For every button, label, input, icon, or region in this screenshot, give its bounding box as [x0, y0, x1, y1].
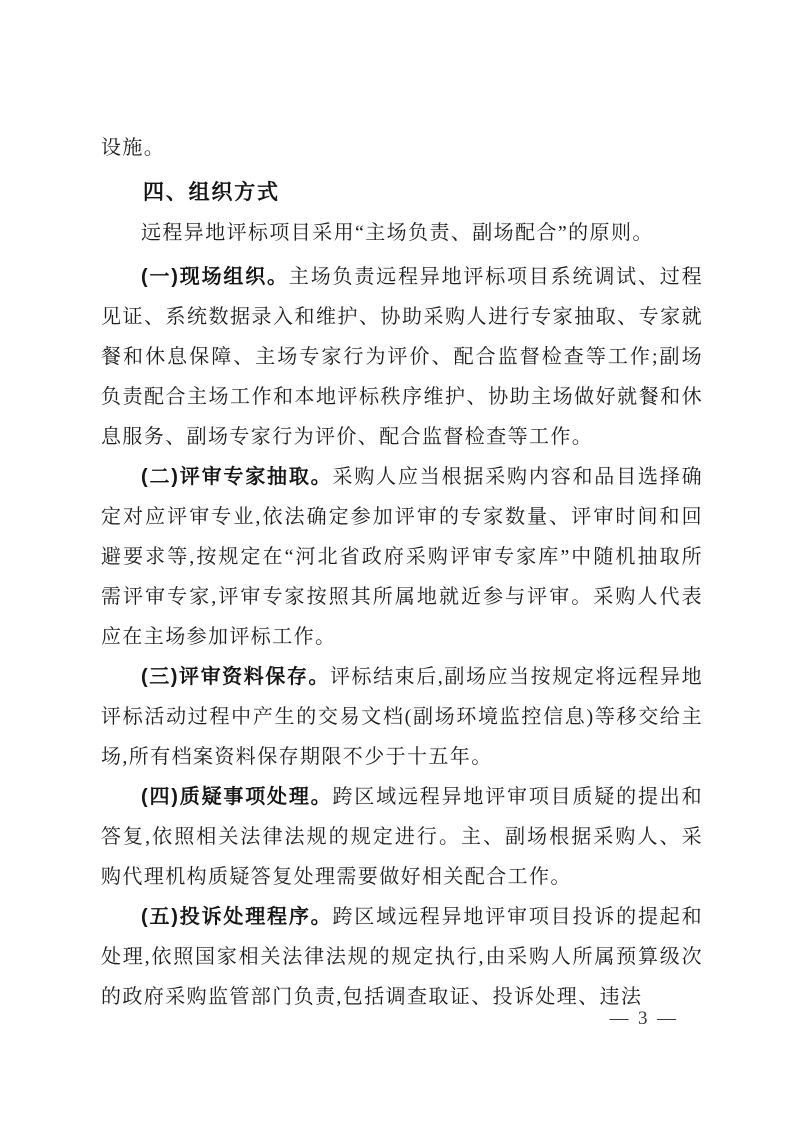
clause-label-5: (五)投诉处理程序。 [141, 906, 333, 928]
clause-paragraph-4: (四)质疑事项处理。跨区域远程异地评审项目质疑的提出和答复,依照相关法律法规的规… [101, 777, 703, 897]
carryover-line: 设施。 [101, 128, 703, 168]
clause-paragraph-2: (二)评审专家抽取。采购人应当根据采购内容和品目选择确定对应评审专业,依法确定参… [101, 457, 703, 657]
clause-text-2: 采购人应当根据采购内容和品目选择确定对应评审专业,依法确定参加评审的专家数量、评… [101, 466, 703, 648]
page-number: — 3 — [610, 1004, 677, 1034]
clause-paragraph-1: (一)现场组织。主场负责远程异地评标项目系统调试、过程见证、系统数据录入和维护、… [101, 257, 703, 457]
clause-label-4: (四)质疑事项处理。 [141, 786, 333, 808]
section-heading: 四、组织方式 [101, 173, 703, 213]
document-body: 设施。 四、组织方式 远程异地评标项目采用“主场负责、副场配合”的原则。 (一)… [101, 128, 703, 1017]
clause-text-1: 主场负责远程异地评标项目系统调试、过程见证、系统数据录入和维护、协助采购人进行专… [101, 266, 703, 448]
clause-paragraph-5: (五)投诉处理程序。跨区域远程异地评审项目投诉的提起和处理,依照国家相关法律法规… [101, 897, 703, 1017]
clause-paragraph-3: (三)评审资料保存。评标结束后,副场应当按规定将远程异地评标活动过程中产生的交易… [101, 657, 703, 777]
document-page: 设施。 四、组织方式 远程异地评标项目采用“主场负责、副场配合”的原则。 (一)… [0, 0, 800, 1131]
clause-label-3: (三)评审资料保存。 [141, 666, 330, 688]
clause-label-2: (二)评审专家抽取。 [141, 466, 333, 488]
intro-paragraph: 远程异地评标项目采用“主场负责、副场配合”的原则。 [101, 213, 703, 253]
clause-label-1: (一)现场组织。 [141, 266, 289, 288]
